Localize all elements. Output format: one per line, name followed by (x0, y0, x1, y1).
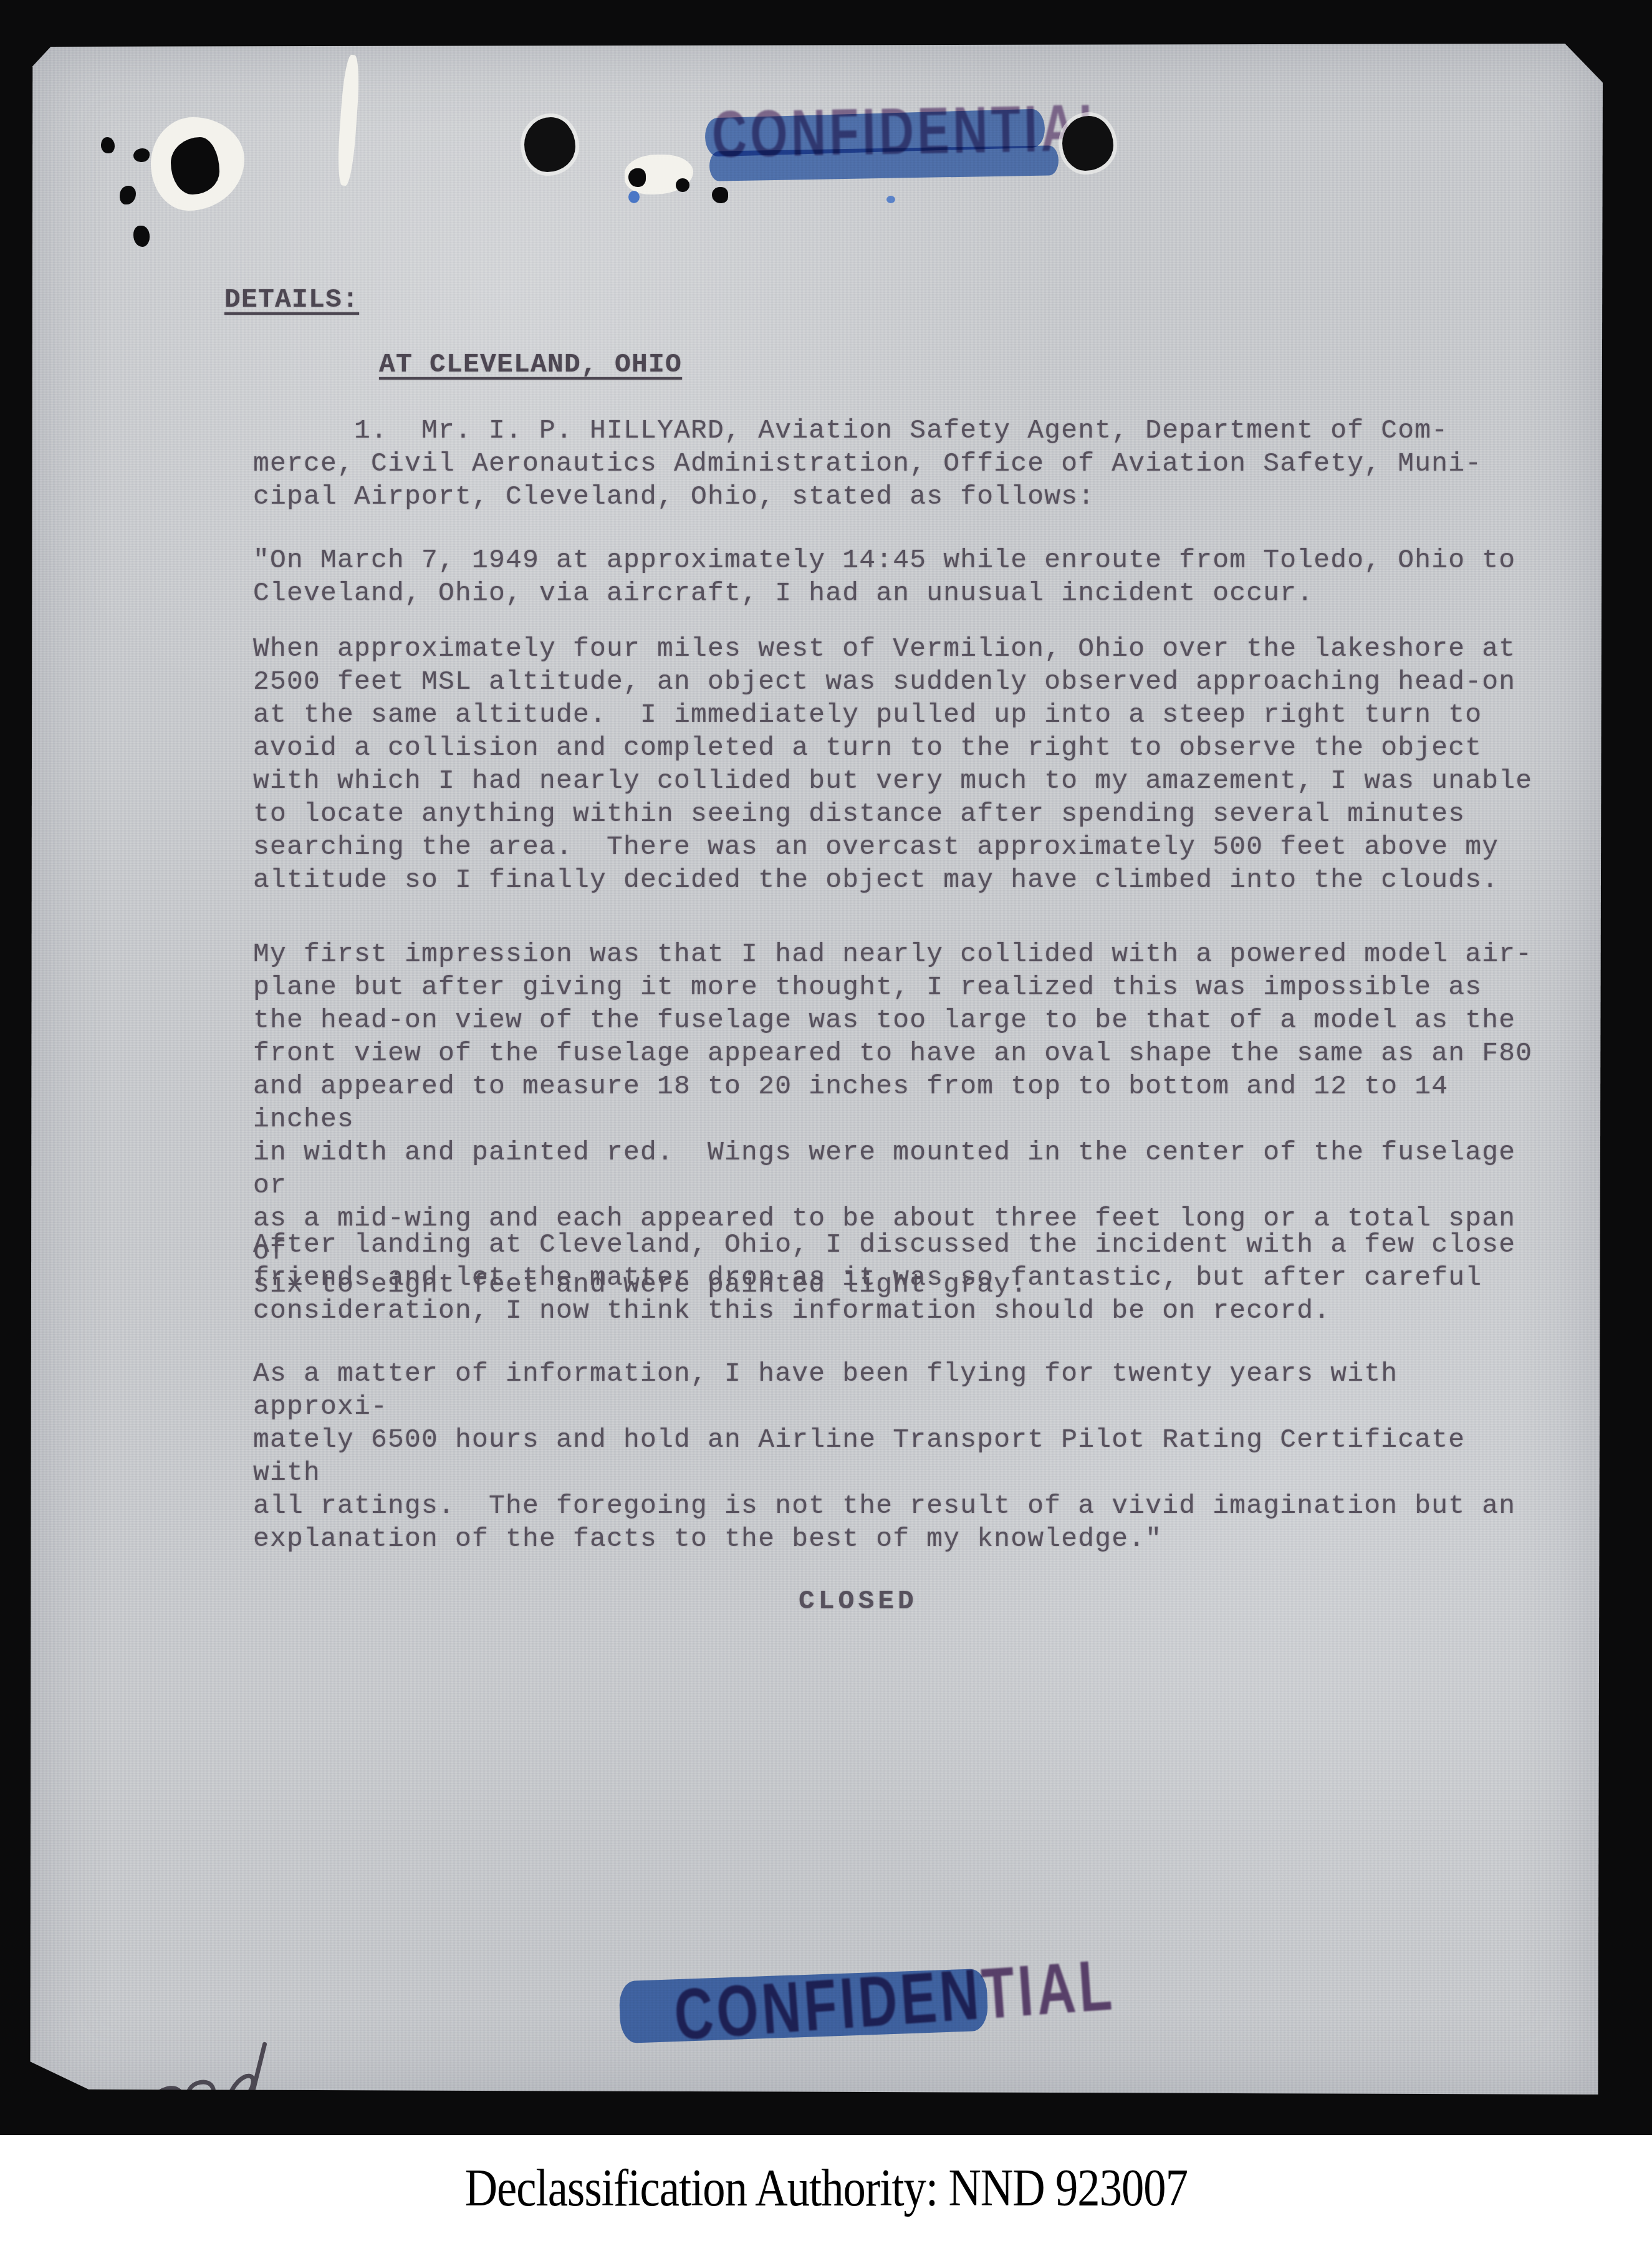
paragraph-after-landing: After landing at Cleveland, Ohio, I disc… (253, 1228, 1544, 1327)
marker-redaction-top-stroke-2 (709, 145, 1059, 181)
paragraph-intro: 1. Mr. I. P. HILLYARD, Aviation Safety A… (253, 414, 1544, 513)
closed-status-label: CLOSED (799, 1585, 918, 1618)
paper-hole-small-4 (133, 226, 150, 247)
ink-speck-2 (886, 196, 895, 203)
paper-hole-small-3 (120, 186, 136, 204)
paper-hole-small-7 (712, 187, 728, 203)
handwritten-stroke-1 (133, 2087, 185, 2128)
scanned-page: DETAILS: AT CLEVELAND, OHIO 1. Mr. I. P.… (29, 44, 1603, 2095)
marker-redaction-bottom-stroke (618, 1969, 988, 2044)
details-heading: DETAILS: (224, 283, 359, 316)
location-heading: AT CLEVELAND, OHIO (379, 348, 682, 381)
ink-speck-1 (628, 191, 640, 203)
handwritten-stroke-slash (235, 2044, 274, 2129)
paragraph-sighting: When approximately four miles west of Ve… (253, 632, 1544, 896)
paragraph-quote-open: "On March 7, 1949 at approximately 14:45… (253, 544, 1544, 610)
paragraph-credentials: As a matter of information, I have been … (253, 1357, 1544, 1555)
punch-hole-left (524, 117, 575, 172)
paper-hole-large (171, 137, 219, 194)
handwritten-stroke-3 (227, 2075, 256, 2110)
paper-hole-small-2 (133, 148, 150, 162)
punch-hole-right (1062, 116, 1113, 171)
declassification-bar: Declassification Authority: NND 923007 (0, 2135, 1652, 2241)
paper-hole-small-1 (101, 137, 115, 153)
paper-hole-small-5 (628, 168, 646, 187)
paper-hole-small-6 (676, 178, 689, 192)
declassification-text: Declassification Authority: NND 923007 (464, 2157, 1187, 2218)
handwritten-stroke-2 (183, 2081, 216, 2121)
paper-crease (336, 54, 362, 186)
